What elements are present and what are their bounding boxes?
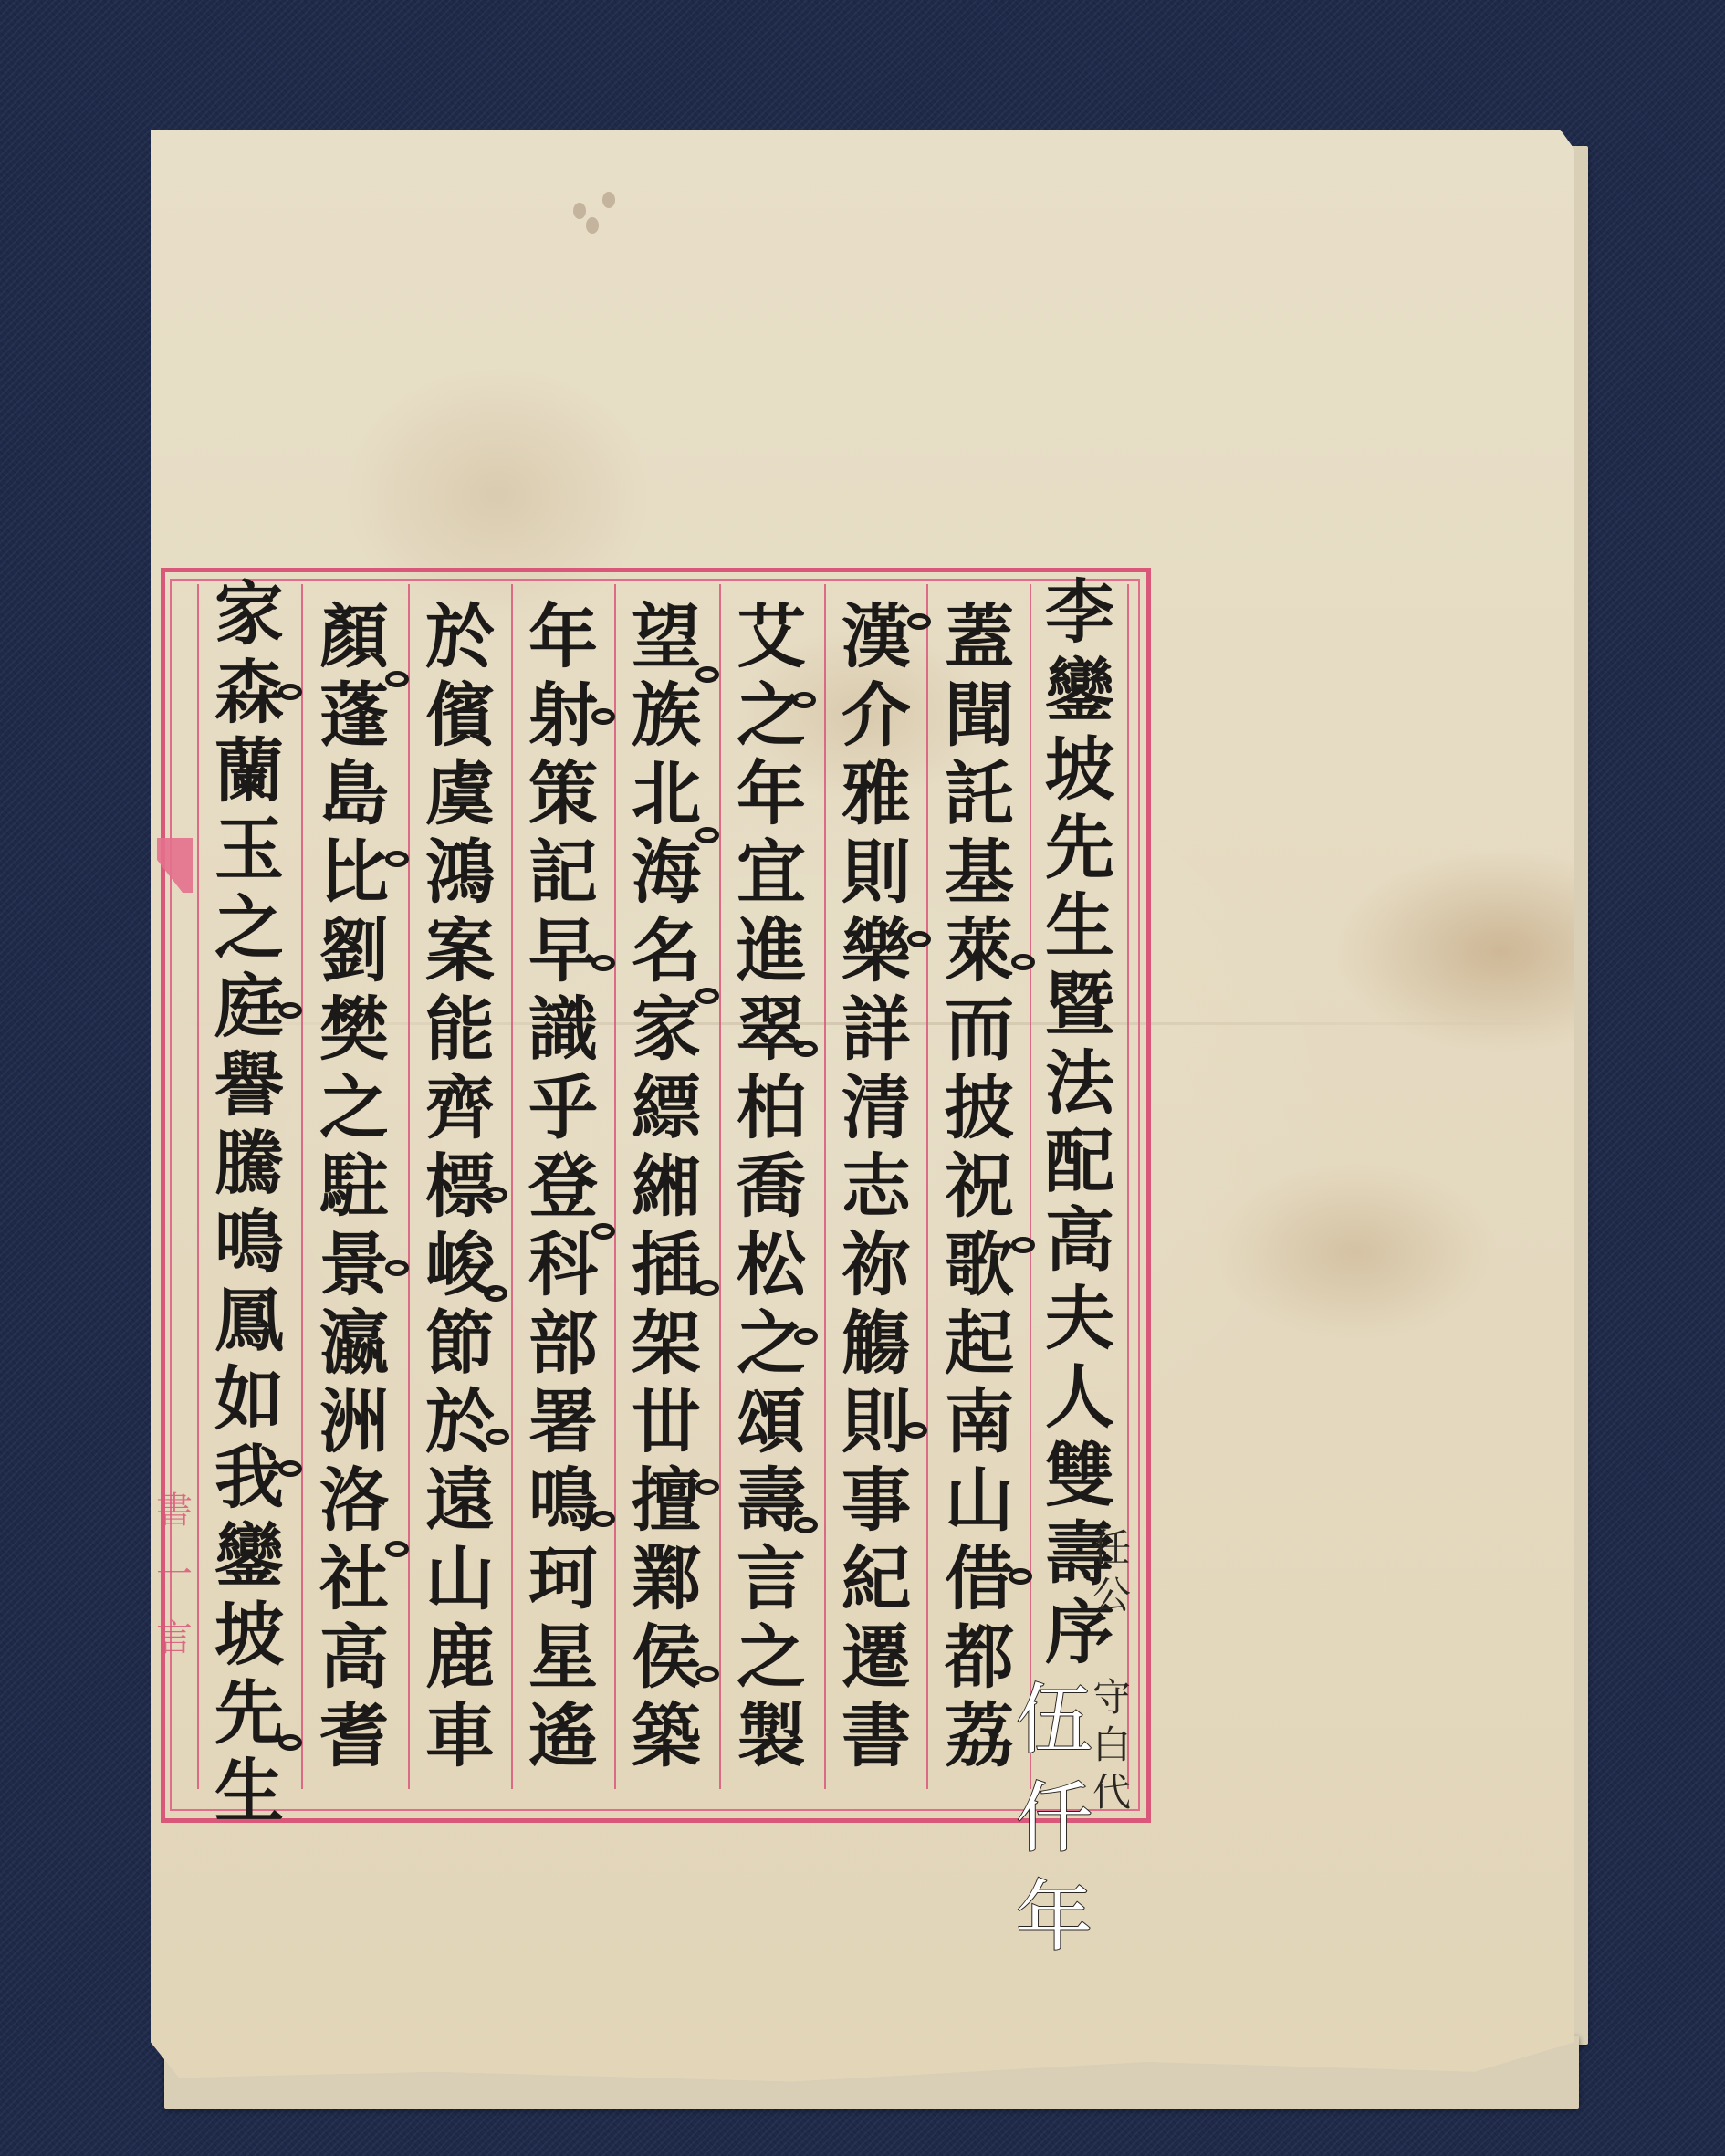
punctuation-circle-mark	[794, 1517, 818, 1533]
watermark-char: 年	[1016, 1868, 1092, 1966]
punctuation-circle-mark	[385, 1260, 409, 1276]
punctuation-circle-mark	[695, 988, 719, 1004]
ink-stain	[573, 203, 586, 219]
punctuation-circle-mark	[695, 1666, 719, 1682]
text-column-7: 顏 蓬 島 比 劉 樊 之 駐 景 瀛 洲 洛 社 高 耆	[304, 598, 404, 1775]
watermark-char: 伍	[1016, 1670, 1092, 1769]
punctuation-circle-mark	[904, 1422, 927, 1439]
punctuation-circle-mark	[907, 931, 931, 947]
punctuation-circle-mark	[1011, 954, 1035, 970]
punctuation-circle-mark	[385, 671, 409, 687]
title-char: 生	[1045, 887, 1114, 966]
column-rule	[301, 584, 303, 1789]
watermark: 伍 仟 年	[1009, 1670, 1100, 1966]
title-char: 法	[1045, 1044, 1114, 1123]
punctuation-circle-mark	[385, 1541, 409, 1557]
ink-stain	[602, 192, 615, 208]
column-rule	[926, 584, 928, 1789]
punctuation-circle-mark	[1009, 1568, 1032, 1585]
punctuation-circle-mark	[591, 708, 615, 725]
title-column: 李 鑾 坡 先 生 暨 法 配 高 夫 人 雙 壽 序	[1030, 573, 1130, 1672]
punctuation-circle-mark	[794, 1328, 818, 1345]
punctuation-circle-mark	[591, 1223, 615, 1240]
title-char: 先	[1045, 809, 1114, 887]
punctuation-circle-mark	[278, 1734, 302, 1751]
punctuation-circle-mark	[695, 1280, 719, 1296]
title-char: 人	[1045, 1358, 1114, 1437]
punctuation-circle-mark	[1011, 1237, 1035, 1253]
title-char: 李	[1045, 573, 1114, 652]
punctuation-circle-mark	[484, 1285, 507, 1302]
text-column-5: 年 射 策 記 早 識 乎 登 科 部 署 鳴 珂 星 遙	[513, 598, 613, 1775]
title-char: 坡	[1045, 730, 1114, 809]
punctuation-circle-mark	[695, 666, 719, 683]
punctuation-circle-mark	[794, 1041, 818, 1057]
text-column-8: 家 森 蘭 玉 之 庭 譽 騰 鳴 鳳 如 我 鑾 坡 先 生	[199, 575, 299, 1831]
punctuation-circle-mark	[591, 955, 615, 971]
punctuation-circle-mark	[278, 1002, 302, 1019]
punctuation-circle-mark	[792, 692, 816, 708]
byline-char: 任	[1092, 1524, 1131, 1572]
title-char: 雙	[1045, 1437, 1114, 1515]
text-column-4: 望 族 北 海 名 家 縹 緗 插 架 丗 擅 鄴 侯 築	[616, 598, 716, 1775]
ink-stain	[586, 217, 599, 234]
edge-red-printed-text: 書 一 言	[153, 1479, 195, 1670]
punctuation-circle-mark	[907, 613, 931, 630]
punctuation-circle-mark	[591, 1511, 615, 1527]
title-char: 鑾	[1045, 652, 1114, 730]
punctuation-circle-mark	[484, 1187, 507, 1203]
text-column-2: 漢 介 雅 則 樂 詳 清 志 祢 觴 則 事 紀 遷 書	[826, 598, 926, 1775]
punctuation-circle-mark	[695, 1479, 719, 1495]
title-char: 暨	[1045, 966, 1114, 1044]
punctuation-circle-mark	[278, 684, 302, 700]
title-char: 配	[1045, 1123, 1114, 1201]
punctuation-circle-mark	[278, 1460, 302, 1477]
title-char: 高	[1045, 1201, 1114, 1280]
watermark-char: 仟	[1016, 1769, 1092, 1868]
punctuation-circle-mark	[385, 851, 409, 867]
punctuation-circle-mark	[486, 1429, 509, 1445]
byline-char: 公	[1092, 1572, 1131, 1619]
text-column-3: 艾 之 年 宜 進 翠 柏 喬 松 之 頌 壽 言 之 製	[721, 598, 821, 1775]
text-column-1: 蓋 聞 託 基 萊 而 披 祝 歌 起 南 山 借 都 荔	[929, 598, 1030, 1775]
title-char: 夫	[1045, 1280, 1114, 1358]
punctuation-circle-mark	[695, 827, 719, 843]
